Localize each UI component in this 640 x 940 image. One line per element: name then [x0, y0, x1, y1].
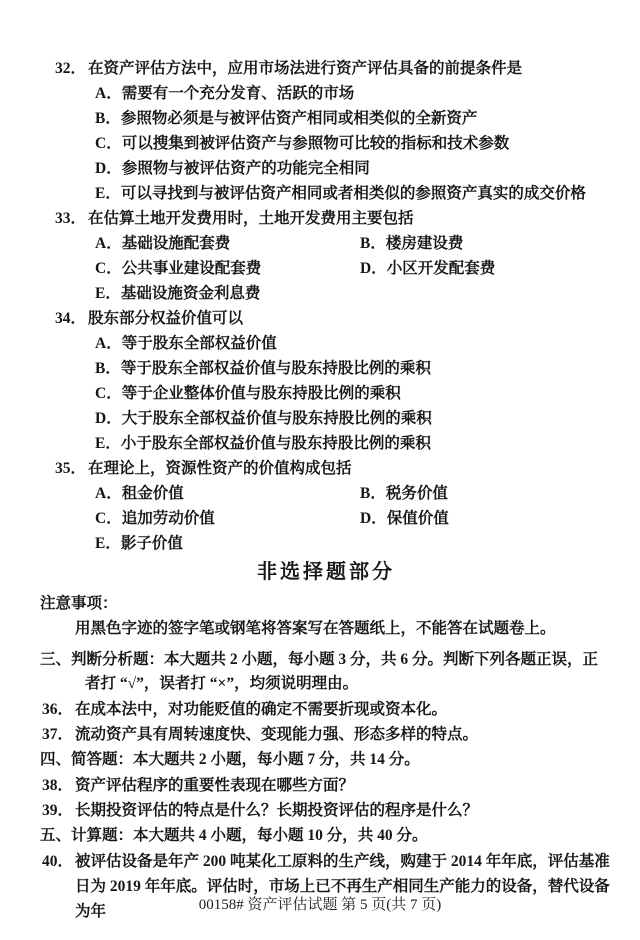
option-33-a: A．基础设施配套费 — [95, 231, 360, 256]
question-number: 37． — [42, 722, 75, 747]
option-32-a: A．需要有一个充分发育、活跃的市场 — [95, 81, 612, 106]
question-stem: 股东部分权益价值可以 — [88, 310, 243, 327]
option-row: E．基础设施资金利息费 — [95, 281, 612, 306]
part-heading-5: 五、计算题：本大题共 4 小题，每小题 10 分，共 40 分。 — [40, 824, 612, 848]
question-number: 40． — [42, 849, 75, 874]
option-34-b: B．等于股东全部权益价值与股东持股比例的乘积 — [95, 356, 612, 381]
question-text: 流动资产具有周转速度快、变现能力强、形态多样的特点。 — [75, 726, 478, 743]
question-number: 32． — [55, 56, 88, 81]
option-34-d: D．大于股东全部权益价值与股东持股比例的乘积 — [95, 406, 612, 431]
question-text: 长期投资评估的特点是什么？长期投资评估的程序是什么？ — [75, 802, 478, 819]
option-35-c: C．追加劳动价值 — [95, 506, 360, 531]
question-number: 35． — [55, 456, 88, 481]
question-32: 32．在资产评估方法中，应用市场法进行资产评估具备的前提条件是 A．需要有一个充… — [40, 56, 612, 206]
question-number: 38． — [42, 773, 75, 798]
question-34: 34．股东部分权益价值可以 A．等于股东全部权益价值 B．等于股东全部权益价值与… — [40, 306, 612, 456]
question-39: 39．长期投资评估的特点是什么？长期投资评估的程序是什么？ — [40, 798, 612, 823]
exam-page: 32．在资产评估方法中，应用市场法进行资产评估具备的前提条件是 A．需要有一个充… — [0, 0, 640, 940]
question-36: 36．在成本法中，对功能贬值的确定不需要折现或资本化。 — [40, 697, 612, 722]
part-title: 计算题：本大题共 4 小题，每小题 10 分，共 40 分。 — [71, 827, 428, 844]
question-35-stem-line: 35．在理论上，资源性资产的价值构成包括 — [40, 456, 612, 481]
part-number: 四、 — [40, 751, 71, 768]
question-37: 37．流动资产具有周转速度快、变现能力强、形态多样的特点。 — [40, 722, 612, 747]
question-number: 39． — [42, 798, 75, 823]
part-number: 三、 — [40, 651, 71, 668]
part-title: 简答题：本大题共 2 小题，每小题 7 分，共 14 分。 — [71, 751, 420, 768]
question-stem: 在理论上，资源性资产的价值构成包括 — [88, 460, 352, 477]
option-34-a: A．等于股东全部权益价值 — [95, 331, 612, 356]
question-35: 35．在理论上，资源性资产的价值构成包括 A．租金价值B．税务价值 C．追加劳动… — [40, 456, 612, 556]
question-text: 资产评估程序的重要性表现在哪些方面？ — [75, 777, 354, 794]
option-33-e: E．基础设施资金利息费 — [95, 281, 360, 306]
option-row: E．影子价值 — [95, 531, 612, 556]
section-title: 非选择题部分 — [40, 559, 612, 585]
part-number: 五、 — [40, 827, 71, 844]
question-stem: 在资产评估方法中，应用市场法进行资产评估具备的前提条件是 — [88, 60, 522, 77]
page-footer: 00158# 资产评估试题 第 5 页(共 7 页) — [0, 893, 640, 914]
option-34-e: E．小于股东全部权益价值与股东持股比例的乘积 — [95, 431, 612, 456]
option-row: A．基础设施配套费B．楼房建设费 — [95, 231, 612, 256]
question-number: 34． — [55, 306, 88, 331]
notice-body: 用黑色字迹的签字笔或钢笔将答案写在答题纸上，不能答在试题卷上。 — [40, 616, 612, 641]
question-stem: 在估算土地开发费用时，土地开发费用主要包括 — [88, 210, 414, 227]
option-35-e: E．影子价值 — [95, 531, 360, 556]
question-32-stem-line: 32．在资产评估方法中，应用市场法进行资产评估具备的前提条件是 — [40, 56, 612, 81]
option-32-e: E．可以寻找到与被评估资产相同或者相类似的参照资产真实的成交价格 — [95, 181, 612, 206]
part-heading-3: 三、判断分析题：本大题共 2 小题，每小题 3 分，共 6 分。判断下列各题正误… — [40, 648, 612, 696]
option-33-b: B．楼房建设费 — [360, 231, 463, 256]
option-32-d: D．参照物与被评估资产的功能完全相同 — [95, 156, 612, 181]
question-38: 38．资产评估程序的重要性表现在哪些方面？ — [40, 773, 612, 798]
option-32-c: C．可以搜集到被评估资产与参照物可比较的指标和技术参数 — [95, 131, 612, 156]
option-33-d: D．小区开发配套费 — [360, 256, 495, 281]
option-row: C．追加劳动价值D．保值价值 — [95, 506, 612, 531]
question-text: 在成本法中，对功能贬值的确定不需要折现或资本化。 — [75, 701, 447, 718]
question-number: 33． — [55, 206, 88, 231]
part-title: 判断分析题：本大题共 2 小题，每小题 3 分，共 6 分。判断下列各题正误，正… — [71, 651, 598, 692]
option-34-c: C．等于企业整体价值与股东持股比例的乘积 — [95, 381, 612, 406]
option-row: C．公共事业建设配套费D．小区开发配套费 — [95, 256, 612, 281]
option-35-b: B．税务价值 — [360, 481, 448, 506]
question-34-stem-line: 34．股东部分权益价值可以 — [40, 306, 612, 331]
option-33-c: C．公共事业建设配套费 — [95, 256, 360, 281]
question-33: 33．在估算土地开发费用时，土地开发费用主要包括 A．基础设施配套费B．楼房建设… — [40, 206, 612, 306]
notice-heading: 注意事项： — [40, 592, 612, 616]
option-row: A．租金价值B．税务价值 — [95, 481, 612, 506]
option-35-a: A．租金价值 — [95, 481, 360, 506]
part-heading-4: 四、简答题：本大题共 2 小题，每小题 7 分，共 14 分。 — [40, 748, 612, 772]
question-33-stem-line: 33．在估算土地开发费用时，土地开发费用主要包括 — [40, 206, 612, 231]
question-number: 36． — [42, 697, 75, 722]
option-35-d: D．保值价值 — [360, 506, 449, 531]
option-32-b: B．参照物必须是与被评估资产相同或相类似的全新资产 — [95, 106, 612, 131]
